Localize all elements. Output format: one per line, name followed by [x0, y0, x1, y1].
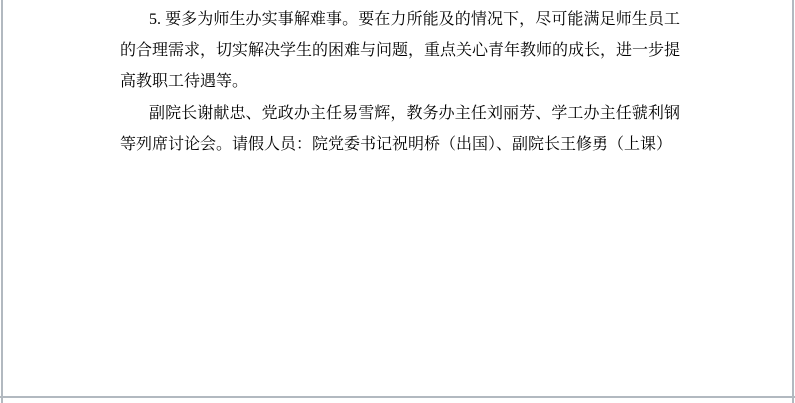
paragraph-1-line-1: 5. 要多为师生办实事解难事。要在力所能及的情况下，尽可能满足师生员工: [120, 4, 680, 35]
page-left-edge-line: [1, 0, 3, 403]
paragraph-1-line-3: 高教职工待遇等。: [120, 66, 680, 97]
paragraph-2-line-2: 等列席讨论会。请假人员：院党委书记祝明桥（出国）、副院长王修勇（上课）: [120, 129, 680, 160]
document-text-area[interactable]: 5. 要多为师生办实事解难事。要在力所能及的情况下，尽可能满足师生员工 的合理需…: [120, 4, 680, 160]
page-bottom-edge-line: [0, 396, 795, 398]
page-right-edge-line: [792, 0, 794, 403]
paragraph-1-line-2: 的合理需求，切实解决学生的困难与问题，重点关心青年教师的成长，进一步提: [120, 35, 680, 66]
document-page: 5. 要多为师生办实事解难事。要在力所能及的情况下，尽可能满足师生员工 的合理需…: [0, 0, 795, 403]
paragraph-2-line-1: 副院长谢献忠、党政办主任易雪辉，教务办主任刘丽芳、学工办主任虢利钢: [120, 98, 680, 129]
